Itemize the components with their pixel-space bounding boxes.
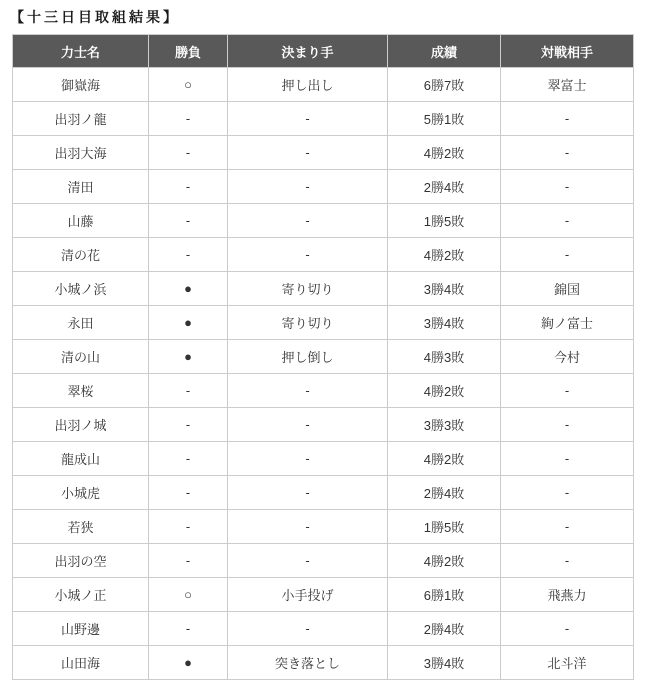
- rikishi-name-cell: 山藤: [13, 204, 149, 238]
- win-loss-cell: ○: [149, 578, 228, 612]
- opponent-cell: -: [501, 136, 634, 170]
- opponent-cell: -: [501, 476, 634, 510]
- opponent-cell: -: [501, 238, 634, 272]
- kimarite-cell: 寄り切り: [228, 306, 388, 340]
- kimarite-cell: -: [228, 476, 388, 510]
- win-loss-cell: -: [149, 442, 228, 476]
- record-cell: 3勝4敗: [388, 272, 501, 306]
- kimarite-cell: -: [228, 136, 388, 170]
- rikishi-name-cell: 翠桜: [13, 374, 149, 408]
- table-row: 小城虎 - - 2勝4敗 -: [13, 476, 634, 510]
- win-loss-cell: -: [149, 510, 228, 544]
- kimarite-cell: -: [228, 510, 388, 544]
- page-title: 【十三日目取組結果】: [10, 7, 633, 27]
- win-loss-cell: -: [149, 476, 228, 510]
- win-loss-cell: -: [149, 204, 228, 238]
- table-row: 出羽大海 - - 4勝2敗 -: [13, 136, 634, 170]
- kimarite-cell: -: [228, 408, 388, 442]
- kimarite-cell: 突き落とし: [228, 646, 388, 680]
- record-cell: 6勝1敗: [388, 578, 501, 612]
- results-table: 力士名 勝負 決まり手 成績 対戦相手 御嶽海 ○ 押し出し 6勝7敗 翠富士 …: [12, 34, 634, 680]
- header-kimarite: 決まり手: [228, 35, 388, 68]
- win-loss-cell: -: [149, 408, 228, 442]
- win-loss-cell: ●: [149, 272, 228, 306]
- win-loss-cell: ●: [149, 646, 228, 680]
- table-row: 翠桜 - - 4勝2敗 -: [13, 374, 634, 408]
- rikishi-name-cell: 御嶽海: [13, 68, 149, 102]
- rikishi-name-cell: 永田: [13, 306, 149, 340]
- opponent-cell: 飛燕力: [501, 578, 634, 612]
- table-row: 出羽ノ城 - - 3勝3敗 -: [13, 408, 634, 442]
- table-row: 龍成山 - - 4勝2敗 -: [13, 442, 634, 476]
- rikishi-name-cell: 出羽大海: [13, 136, 149, 170]
- record-cell: 5勝1敗: [388, 102, 501, 136]
- header-rikishi-name: 力士名: [13, 35, 149, 68]
- rikishi-name-cell: 清田: [13, 170, 149, 204]
- table-row: 清の花 - - 4勝2敗 -: [13, 238, 634, 272]
- table-row: 小城ノ正 ○ 小手投げ 6勝1敗 飛燕力: [13, 578, 634, 612]
- opponent-cell: 錦国: [501, 272, 634, 306]
- opponent-cell: 絢ノ富士: [501, 306, 634, 340]
- table-row: 山藤 - - 1勝5敗 -: [13, 204, 634, 238]
- record-cell: 4勝2敗: [388, 544, 501, 578]
- rikishi-name-cell: 龍成山: [13, 442, 149, 476]
- record-cell: 3勝4敗: [388, 646, 501, 680]
- rikishi-name-cell: 山田海: [13, 646, 149, 680]
- kimarite-cell: 小手投げ: [228, 578, 388, 612]
- win-loss-cell: ●: [149, 306, 228, 340]
- record-cell: 4勝2敗: [388, 238, 501, 272]
- kimarite-cell: -: [228, 442, 388, 476]
- win-loss-cell: -: [149, 374, 228, 408]
- record-cell: 1勝5敗: [388, 510, 501, 544]
- rikishi-name-cell: 清の花: [13, 238, 149, 272]
- rikishi-name-cell: 出羽ノ城: [13, 408, 149, 442]
- record-cell: 6勝7敗: [388, 68, 501, 102]
- rikishi-name-cell: 出羽ノ龍: [13, 102, 149, 136]
- record-cell: 4勝3敗: [388, 340, 501, 374]
- rikishi-name-cell: 出羽の空: [13, 544, 149, 578]
- opponent-cell: -: [501, 544, 634, 578]
- rikishi-name-cell: 小城虎: [13, 476, 149, 510]
- record-cell: 3勝4敗: [388, 306, 501, 340]
- opponent-cell: -: [501, 510, 634, 544]
- kimarite-cell: -: [228, 374, 388, 408]
- table-row: 出羽の空 - - 4勝2敗 -: [13, 544, 634, 578]
- opponent-cell: -: [501, 612, 634, 646]
- win-loss-cell: ○: [149, 68, 228, 102]
- table-row: 清の山 ● 押し倒し 4勝3敗 今村: [13, 340, 634, 374]
- win-loss-cell: -: [149, 136, 228, 170]
- record-cell: 4勝2敗: [388, 136, 501, 170]
- rikishi-name-cell: 小城ノ浜: [13, 272, 149, 306]
- opponent-cell: -: [501, 408, 634, 442]
- opponent-cell: -: [501, 102, 634, 136]
- header-row: 力士名 勝負 決まり手 成績 対戦相手: [13, 35, 634, 68]
- kimarite-cell: 押し出し: [228, 68, 388, 102]
- rikishi-name-cell: 若狭: [13, 510, 149, 544]
- record-cell: 4勝2敗: [388, 374, 501, 408]
- rikishi-name-cell: 山野邊: [13, 612, 149, 646]
- kimarite-cell: -: [228, 544, 388, 578]
- kimarite-cell: -: [228, 612, 388, 646]
- opponent-cell: -: [501, 204, 634, 238]
- win-loss-cell: -: [149, 170, 228, 204]
- kimarite-cell: -: [228, 102, 388, 136]
- kimarite-cell: -: [228, 170, 388, 204]
- table-row: 若狭 - - 1勝5敗 -: [13, 510, 634, 544]
- record-cell: 2勝4敗: [388, 612, 501, 646]
- header-record: 成績: [388, 35, 501, 68]
- rikishi-name-cell: 清の山: [13, 340, 149, 374]
- table-row: 小城ノ浜 ● 寄り切り 3勝4敗 錦国: [13, 272, 634, 306]
- record-cell: 2勝4敗: [388, 170, 501, 204]
- opponent-cell: 北斗洋: [501, 646, 634, 680]
- kimarite-cell: -: [228, 238, 388, 272]
- table-row: 山野邊 - - 2勝4敗 -: [13, 612, 634, 646]
- kimarite-cell: 押し倒し: [228, 340, 388, 374]
- win-loss-cell: -: [149, 612, 228, 646]
- record-cell: 2勝4敗: [388, 476, 501, 510]
- table-row: 山田海 ● 突き落とし 3勝4敗 北斗洋: [13, 646, 634, 680]
- rikishi-name-cell: 小城ノ正: [13, 578, 149, 612]
- win-loss-cell: -: [149, 544, 228, 578]
- kimarite-cell: 寄り切り: [228, 272, 388, 306]
- table-row: 清田 - - 2勝4敗 -: [13, 170, 634, 204]
- header-opponent: 対戦相手: [501, 35, 634, 68]
- opponent-cell: 翠富士: [501, 68, 634, 102]
- table-row: 永田 ● 寄り切り 3勝4敗 絢ノ富士: [13, 306, 634, 340]
- win-loss-cell: -: [149, 238, 228, 272]
- table-row: 御嶽海 ○ 押し出し 6勝7敗 翠富士: [13, 68, 634, 102]
- win-loss-cell: ●: [149, 340, 228, 374]
- table-row: 出羽ノ龍 - - 5勝1敗 -: [13, 102, 634, 136]
- win-loss-cell: -: [149, 102, 228, 136]
- record-cell: 3勝3敗: [388, 408, 501, 442]
- record-cell: 4勝2敗: [388, 442, 501, 476]
- header-win-loss: 勝負: [149, 35, 228, 68]
- record-cell: 1勝5敗: [388, 204, 501, 238]
- opponent-cell: 今村: [501, 340, 634, 374]
- kimarite-cell: -: [228, 204, 388, 238]
- opponent-cell: -: [501, 442, 634, 476]
- page: 【十三日目取組結果】 力士名 勝負 決まり手 成績 対戦相手 御嶽海 ○ 押し出…: [0, 0, 645, 686]
- opponent-cell: -: [501, 374, 634, 408]
- opponent-cell: -: [501, 170, 634, 204]
